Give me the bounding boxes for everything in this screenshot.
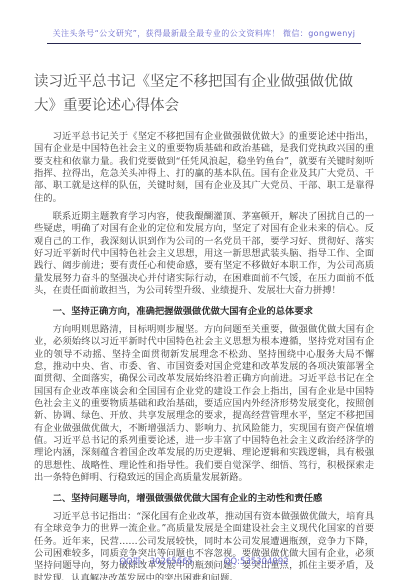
paragraph-intro: 习近平总书记关于《坚定不移把国有企业做强做优做大》的重要论述中指出，国有企业是中… (34, 131, 374, 205)
paragraph-section-2: 习近平总书记指出：“深化国有企业改革，推动国有资本做强做优做大，培育具有全球竞争… (34, 511, 374, 580)
page-title: 读习近平总书记《坚定不移把国有企业做强做优做大》重要论述心得体会 (34, 71, 374, 119)
section-heading-1: 一、坚持正确方向，准确把握做强做优做大国有企业的总体要求 (34, 306, 374, 318)
header-banner-text: 关注头条号“公文研究”，获得最新最全最专业的公文资料库！ 微信：gongweny… (53, 29, 356, 38)
page-footer: QQ群：30265665 QQ:535304092 (0, 555, 408, 567)
document-body: 习近平总书记关于《坚定不移把国有企业做强做优做大》的重要论述中指出，国有企业是中… (34, 131, 374, 580)
page-header: 关注头条号“公文研究”，获得最新最全最专业的公文资料库！ 微信：gongweny… (0, 0, 408, 44)
document-page: 关注头条号“公文研究”，获得最新最全最专业的公文资料库！ 微信：gongweny… (0, 0, 408, 580)
paragraph-reflection: 联系近期主题教育学习内容，使我醍醐灌顶、茅塞顿开，解决了困扰自己的一些疑虑，明确… (34, 211, 374, 298)
qq-number: QQ:535304092 (224, 557, 289, 567)
section-heading-2: 二、坚持问题导向，增强做强做优做大国有企业的主动性和责任感 (34, 493, 374, 505)
header-banner: 关注头条号“公文研究”，获得最新最全最专业的公文资料库！ 微信：gongweny… (47, 21, 362, 44)
paragraph-section-1: 方向明则思路清，目标明则步履坚。方向问题至关重要，做强做优做大国有企业，必须始终… (34, 324, 374, 485)
qq-group-number: QQ群：30265665 (119, 557, 193, 567)
